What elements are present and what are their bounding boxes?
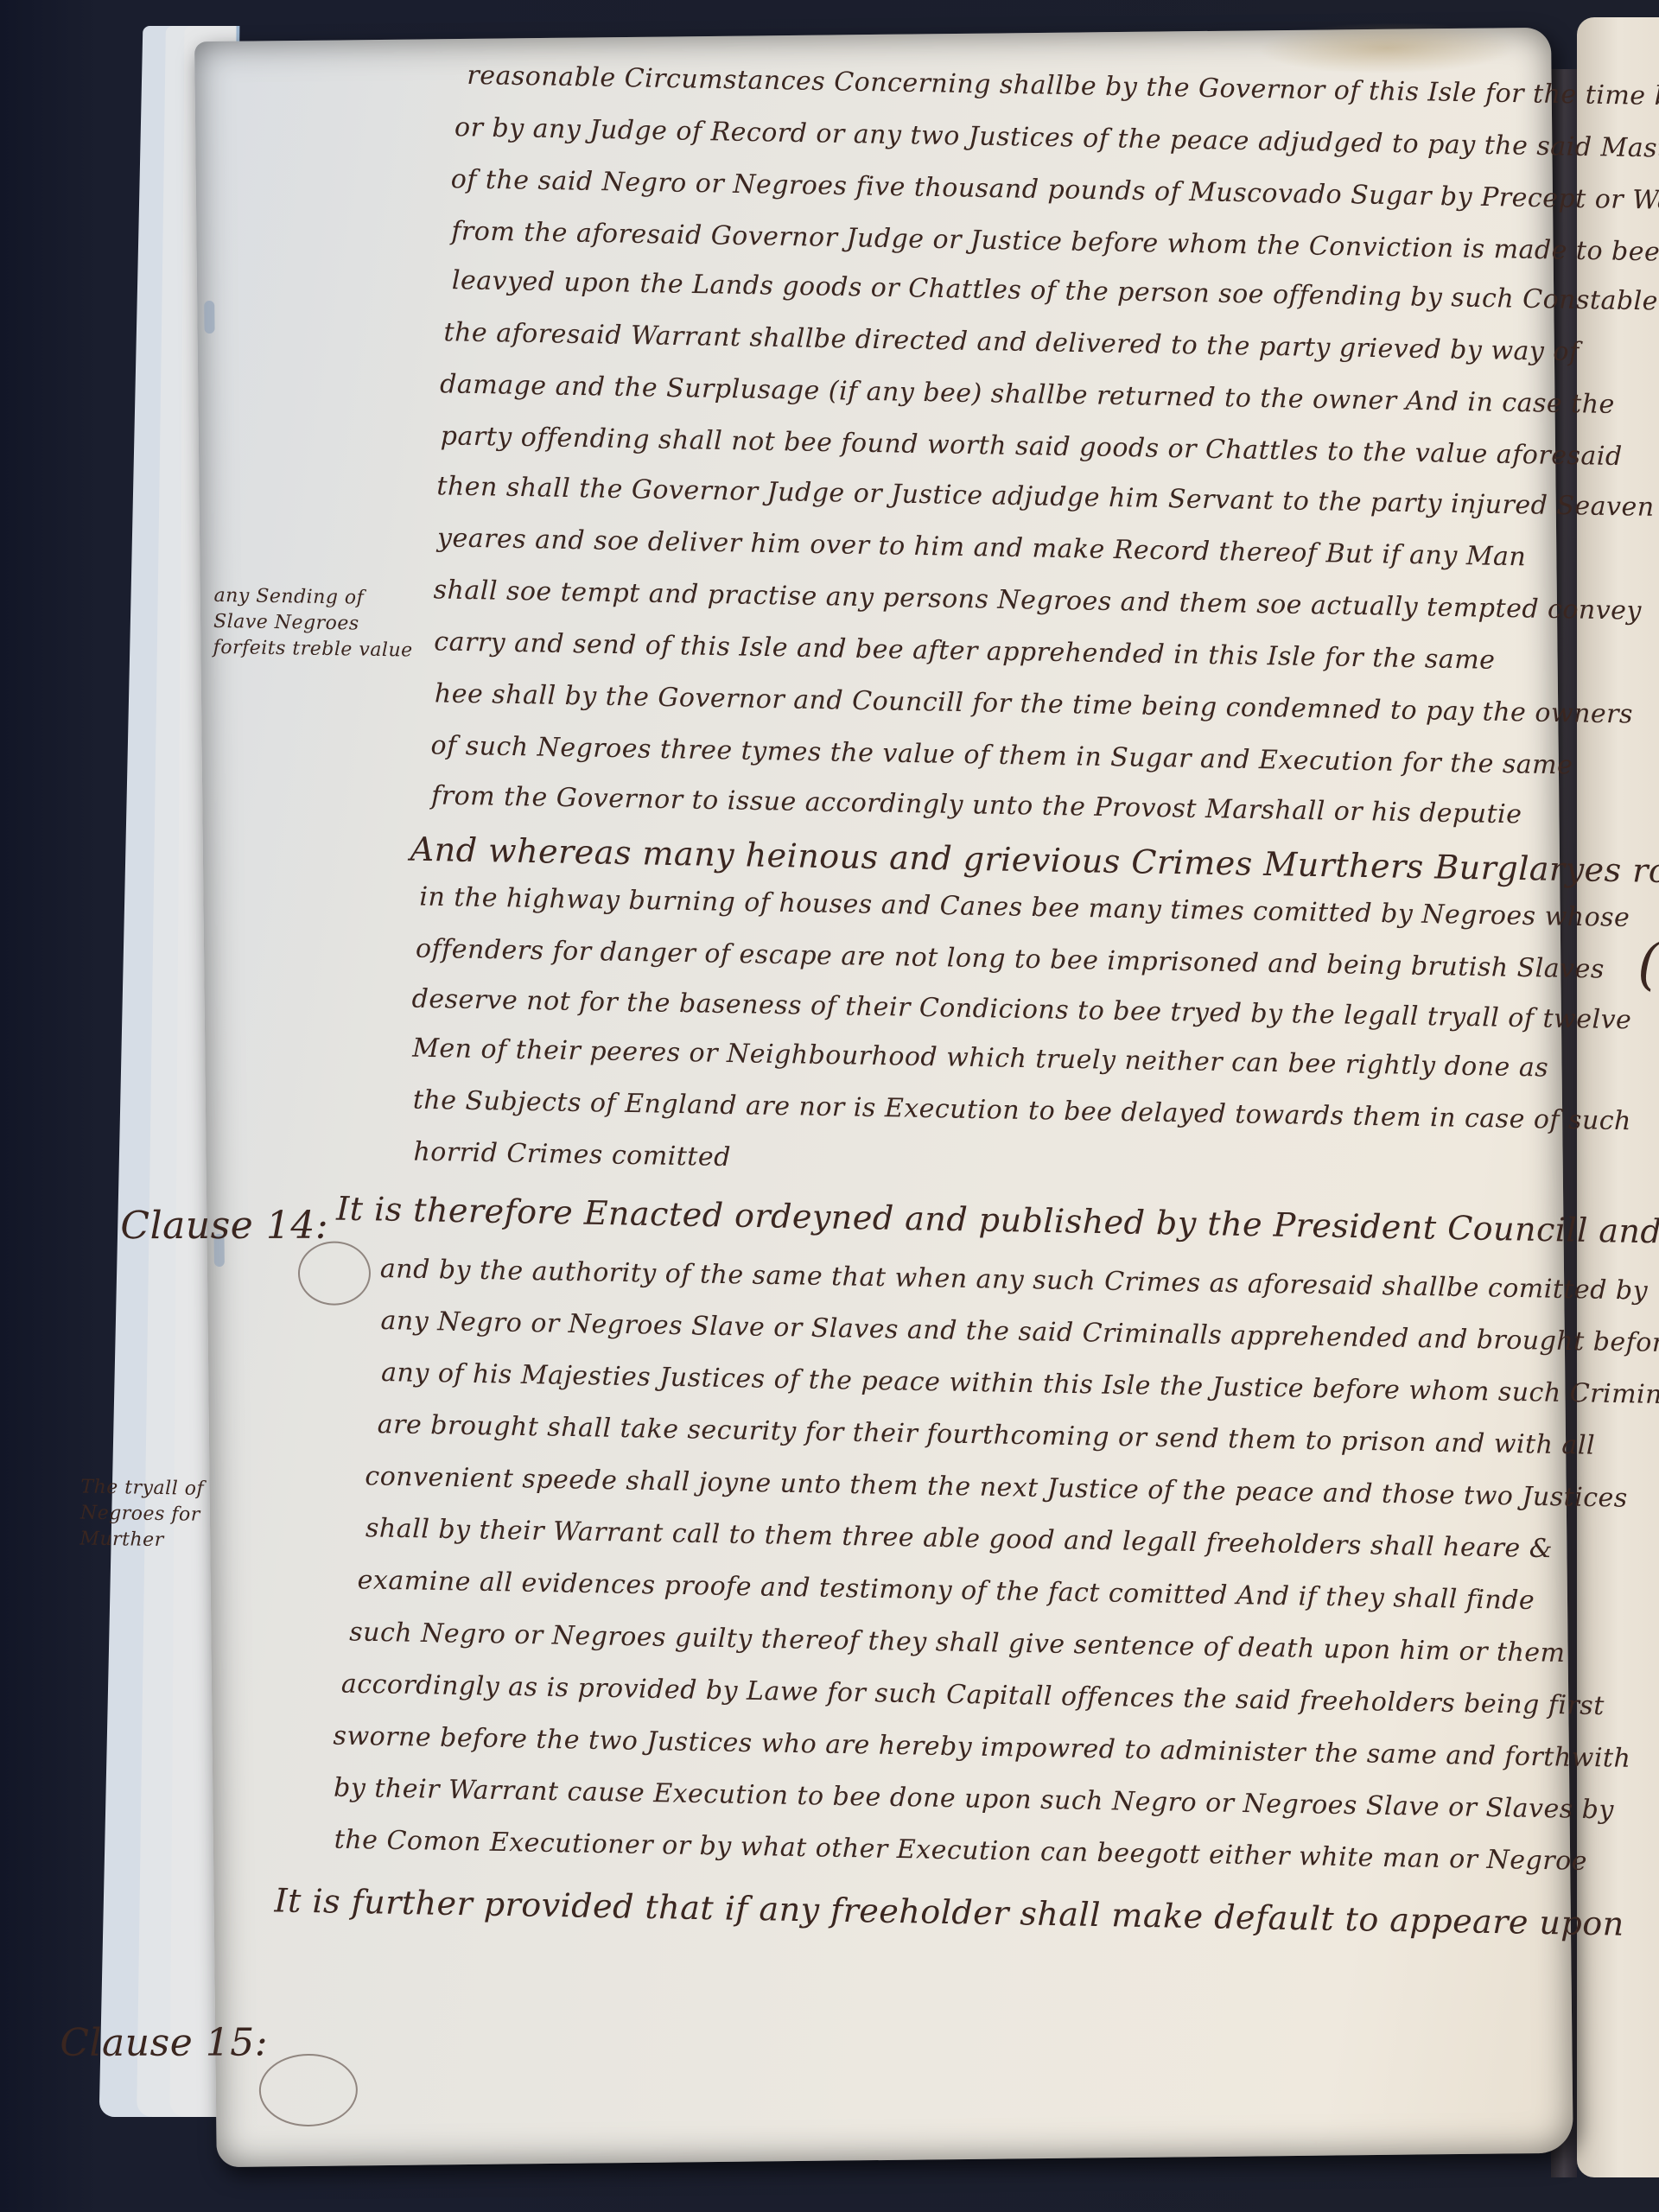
text-line: examine all evidences proofe and testimo… <box>357 1565 1535 1616</box>
text-line: the Subjects of England are nor is Execu… <box>413 1085 1632 1137</box>
text-line: horrid Crimes comitted <box>413 1137 731 1173</box>
manuscript-page: any Sending of Slave Negroes forfeits tr… <box>194 28 1573 2167</box>
text-line: leavyed upon the Lands goods or Chattles… <box>452 265 1659 319</box>
text-line: from the aforesaid Governor Judge or Jus… <box>451 216 1659 267</box>
text-line: then shall the Governor Judge or Justice… <box>436 471 1655 523</box>
text-line: accordingly as is provided by Lawe for s… <box>341 1669 1605 1722</box>
text-line: convenient speede shall joyne unto them … <box>365 1461 1628 1514</box>
text-line: and by the authority of the same that wh… <box>380 1254 1649 1306</box>
text-line: damage and the Surplusage (if any bee) s… <box>440 369 1615 420</box>
text-line: reasonable Circumstances Concerning shal… <box>467 60 1659 113</box>
manuscript-body: reasonable Circumstances Concerning shal… <box>194 28 1573 2167</box>
text-line: carry and send of this Isle and bee afte… <box>434 626 1496 675</box>
text-line: from the Governor to issue accordingly u… <box>431 780 1522 829</box>
text-line: offenders for danger of escape are not l… <box>416 934 1605 985</box>
facing-page <box>1577 17 1659 2177</box>
text-line: of the said Negro or Negroes five thousa… <box>450 164 1659 217</box>
text-line: party offending shall not bee found wort… <box>441 421 1623 472</box>
text-line: of such Negroes three tymes the value of… <box>430 730 1573 780</box>
text-line: shall soe tempt and practise any persons… <box>433 575 1642 626</box>
text-line-clause-15-start: It is further provided that if any freeh… <box>274 1881 1624 1942</box>
manuscript-photo: ( any Sending of Slave Negroes forfeits … <box>0 0 1659 2212</box>
text-line: any of his Majesties Justices of the pea… <box>381 1357 1659 1411</box>
text-line: Men of their peeres or Neighbourhood whi… <box>412 1033 1548 1084</box>
text-line: by their Warrant cause Execution to bee … <box>334 1773 1614 1826</box>
text-line: hee shall by the Governor and Councill f… <box>435 678 1634 729</box>
text-line: yeares and soe deliver him over to him a… <box>437 523 1527 572</box>
text-line: deserve not for the baseness of their Co… <box>411 984 1631 1036</box>
text-line: any Negro or Negroes Slave or Slaves and… <box>380 1306 1659 1358</box>
facing-page-glyph: ( <box>1637 933 1659 997</box>
text-line: the aforesaid Warrant shallbe directed a… <box>443 317 1580 367</box>
text-line: the Comon Executioner or by what other E… <box>334 1825 1588 1877</box>
text-line-clause-14-start: It is therefore Enacted ordeyned and pub… <box>336 1190 1659 1254</box>
text-line: sworne before the two Justices who are h… <box>333 1721 1630 1774</box>
text-line: in the highway burning of houses and Can… <box>419 882 1630 933</box>
text-line: shall by their Warrant call to them thre… <box>365 1513 1553 1564</box>
text-line-paragraph-start: And whereas many heinous and grievious C… <box>410 830 1659 892</box>
text-line: are brought shall take security for thei… <box>378 1409 1596 1461</box>
text-line: or by any Judge of Record or any two Jus… <box>454 112 1659 164</box>
text-line: such Negro or Negroes guilty thereof the… <box>349 1617 1566 1669</box>
